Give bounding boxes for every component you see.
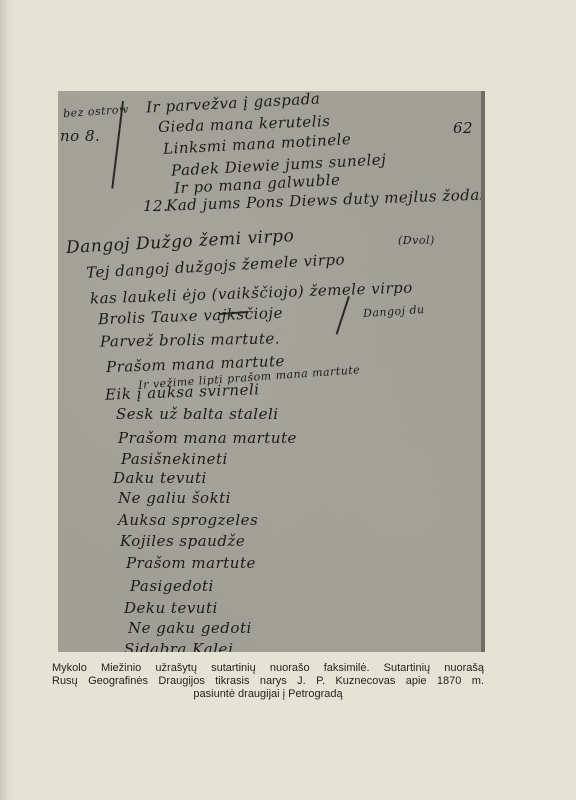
caption-line-3: pasiuntė draugijai į Petrogradą bbox=[52, 688, 484, 701]
manuscript-line: Tej dangoj dužgojs žemele virpo bbox=[86, 250, 346, 282]
manuscript-line: Eik į auksa svirneli bbox=[105, 380, 260, 403]
manuscript-line: Ne galiu šokti bbox=[118, 489, 231, 507]
margin-note-line-2: no 8. bbox=[60, 127, 100, 145]
caption-line-2: Rusų Geografinės Draugijos tikrasis nary… bbox=[52, 675, 484, 688]
manuscript-line: kas laukeli ėjo (vaikščiojo) žemele virp… bbox=[90, 278, 413, 307]
manuscript-line: Ne gaku gedoti bbox=[128, 619, 252, 637]
page-number: 62 bbox=[453, 119, 473, 137]
manuscript-line: Brolis Tauxe vajksčioje bbox=[98, 304, 283, 328]
manuscript-line: Sidabra Kalej bbox=[124, 640, 233, 652]
manuscript-line: Pasigedoti bbox=[130, 577, 214, 595]
manuscript-line: Deku tevuti bbox=[124, 599, 218, 617]
figure-caption: Mykolo Miežinio užrašytų sutartinių nuor… bbox=[52, 662, 484, 701]
manuscript-line: Prašom martute bbox=[126, 554, 256, 572]
margin-slash bbox=[336, 296, 350, 335]
right-margin-note: (Dvol) bbox=[398, 234, 435, 247]
manuscript-line: Daku tevuti bbox=[113, 469, 207, 487]
stanza-number: 12. bbox=[143, 197, 168, 215]
book-gutter bbox=[0, 0, 14, 800]
manuscript-line: Parvež brolis martute. bbox=[100, 329, 280, 350]
manuscript-line: Kojiles spaudže bbox=[120, 532, 245, 550]
manuscript-line: Dangoj Dužgo žemi virpo bbox=[66, 226, 295, 258]
manuscript-line: Pasišnekineti bbox=[121, 450, 228, 468]
manuscript-line: Sesk už balta staleli bbox=[116, 405, 279, 423]
manuscript-facsimile-photo: bez ostrow no 8. 62 Ir parvežva į gaspad… bbox=[58, 91, 485, 652]
right-margin-note: Dangoj du bbox=[363, 303, 425, 320]
manuscript-line: Prašom mana martute bbox=[118, 429, 297, 447]
caption-line-1: Mykolo Miežinio užrašytų sutartinių nuor… bbox=[52, 662, 484, 675]
manuscript-line: Auksa sprogzeles bbox=[118, 511, 258, 529]
